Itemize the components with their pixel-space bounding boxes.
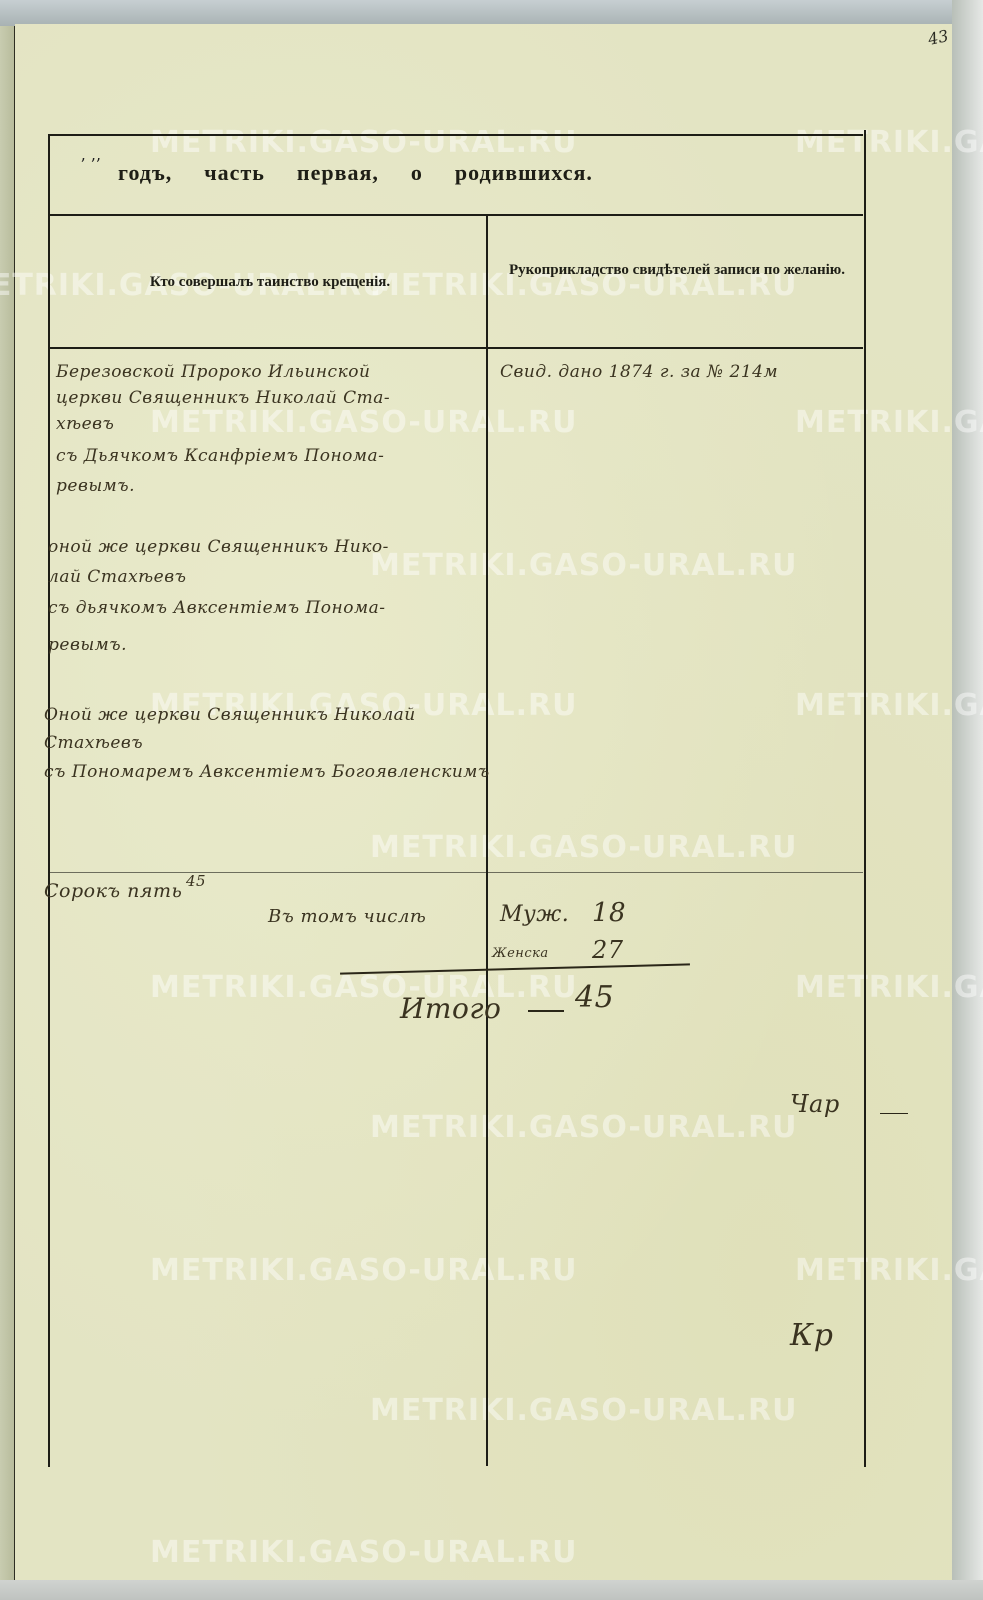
total-in-words: Сорокъ пять (44, 880, 182, 902)
column-header-witnesses: Рукоприкладство свидѣтелей записи по жел… (497, 258, 857, 282)
itogo-dash (528, 1010, 564, 1012)
title-word: годъ, (118, 160, 172, 185)
entry-2-line: оной же церкви Священникъ Нико- (48, 537, 389, 557)
title-word: первая, (297, 160, 379, 185)
entry-2-line: лай Стахѣевъ (48, 567, 186, 587)
entry-2-line: ревымъ. (48, 635, 127, 655)
signature: Кр (790, 1318, 833, 1353)
entry-3-line: Стахѣевъ (44, 733, 143, 753)
table-top-rule (48, 134, 863, 136)
table-right-rule (864, 130, 866, 1467)
column-divider (486, 216, 488, 1466)
in-that-number-label: Въ томъ числѣ (268, 906, 426, 927)
entry-1-line: съ Дьячкомъ Ксанфріемъ Понома- (56, 446, 384, 466)
entry-1-line: ревымъ. (56, 476, 135, 496)
signature: Чар (790, 1090, 840, 1118)
header-bottom-rule (48, 347, 863, 349)
title-word: часть (204, 160, 265, 185)
entry-1-line: церкви Священникъ Николай Ста- (56, 388, 390, 408)
entry-2-line: съ дьячкомъ Авксентіемъ Понома- (48, 598, 385, 618)
title-word: родившихся. (455, 160, 593, 185)
itogo-value: 45 (575, 980, 614, 1015)
itogo-label: Итого (400, 992, 501, 1025)
male-count: 18 (592, 898, 626, 928)
ink-mark: ʼ ʼʼ (80, 155, 100, 174)
title-bottom-rule (48, 214, 863, 216)
male-label: Муж. (500, 902, 569, 927)
witness-note: Свид. дано 1874 г. за № 214м (500, 362, 778, 382)
signature-flourish (880, 1113, 908, 1114)
entry-1-line: Березовской Пророко Ильинской (56, 362, 370, 382)
entries-bottom-rule (48, 872, 863, 873)
entry-3-line: съ Пономаремъ Авксентіемъ Богоявленскимъ (44, 762, 490, 782)
scan-border-bottom (0, 1580, 983, 1600)
entry-3-line: Оной же церкви Священникъ Николай (44, 705, 416, 725)
scan-border-top (0, 0, 983, 26)
table-left-rule (48, 134, 50, 1467)
title-word: о (411, 160, 423, 185)
total-number-superscript: 45 (186, 872, 206, 890)
entry-1-line: хѣевъ (56, 414, 114, 434)
page-title: годъ,частьпервая,ородившихся. (118, 160, 625, 186)
female-count: 27 (592, 936, 624, 964)
column-header-performer: Кто совершалъ таинство крещенія. (60, 270, 480, 294)
female-label: Женска (492, 946, 549, 961)
scan-border-right (952, 0, 983, 1600)
